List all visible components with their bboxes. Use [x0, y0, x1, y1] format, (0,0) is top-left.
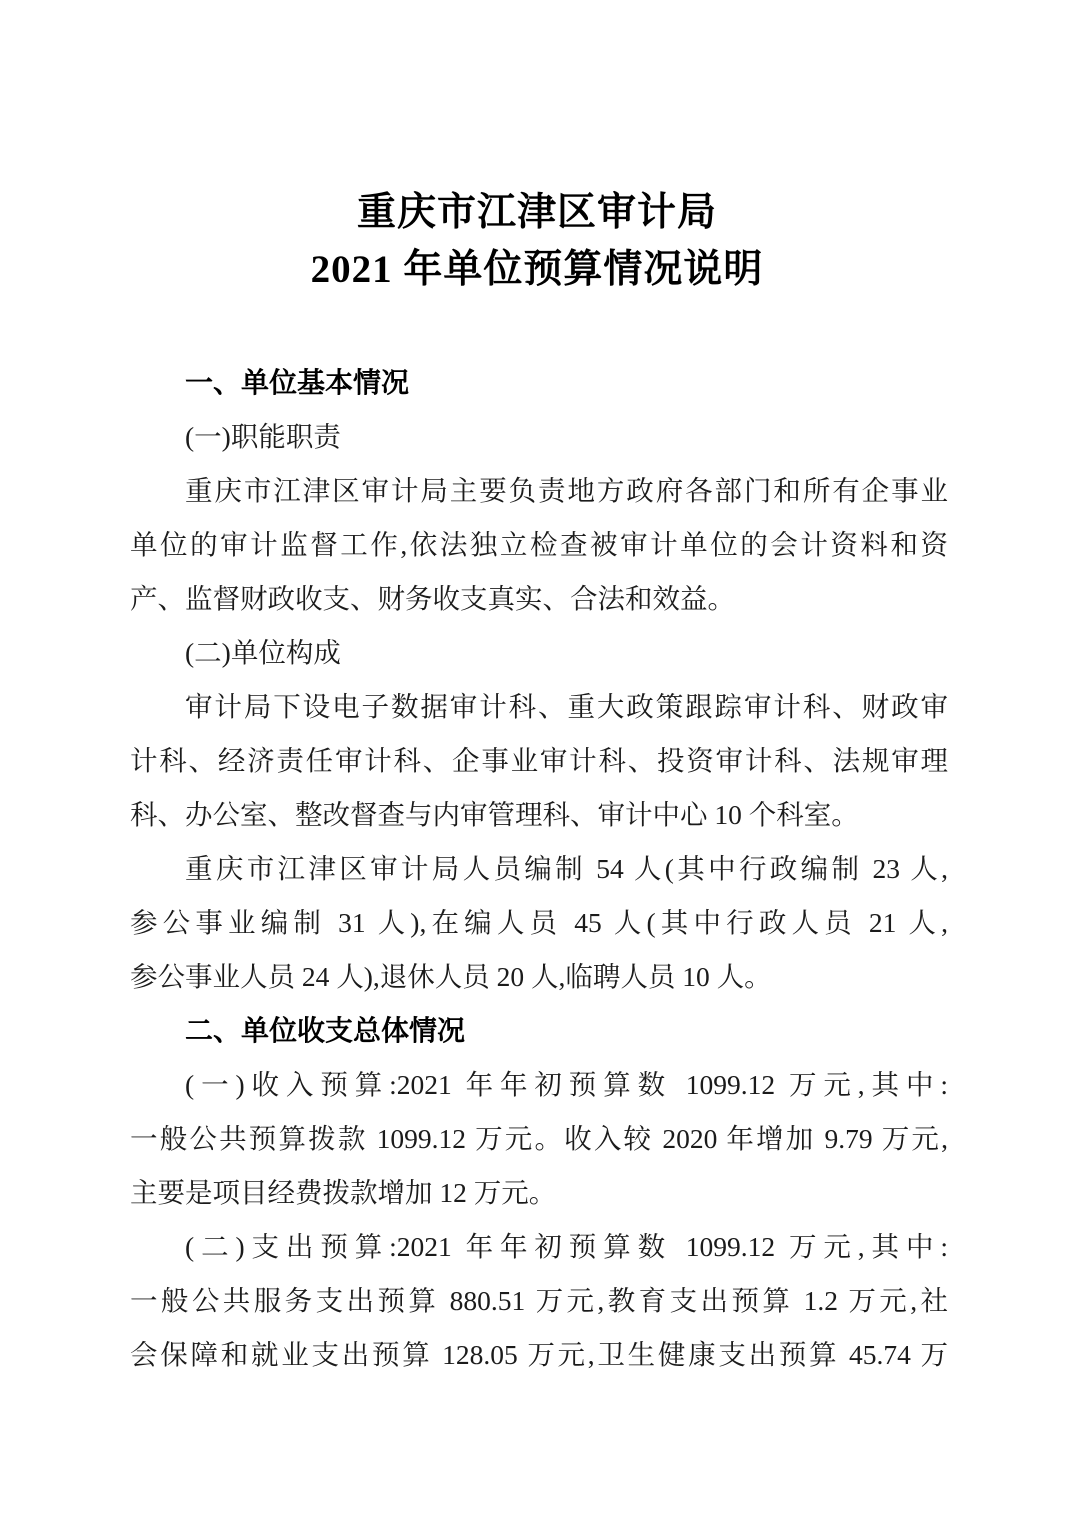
- heading-section-2: 二、单位收支总体情况: [130, 1004, 948, 1058]
- para-expenditure-line-1: (二)支出预算:2021 年年初预算数 1099.12 万元,其中:: [130, 1220, 948, 1274]
- para-duties-line-3: 产、监督财政收支、财务收支真实、合法和效益。: [130, 572, 948, 626]
- document-title-line-1: 重庆市江津区审计局: [0, 184, 1074, 241]
- para-expenditure-line-3: 会保障和就业支出预算 128.05 万元,卫生健康支出预算 45.74 万: [130, 1328, 948, 1382]
- para-structure-line-1: 审计局下设电子数据审计科、重大政策跟踪审计科、财政审: [130, 680, 948, 734]
- para-income-line-1: (一)收入预算:2021 年年初预算数 1099.12 万元,其中:: [130, 1058, 948, 1112]
- para-duties-line-1: 重庆市江津区审计局主要负责地方政府各部门和所有企事业: [130, 464, 948, 518]
- para-staffing-line-2: 参公事业编制 31 人),在编人员 45 人(其中行政人员 21 人,: [130, 896, 948, 950]
- para-expenditure-line-2: 一般公共服务支出预算 880.51 万元,教育支出预算 1.2 万元,社: [130, 1274, 948, 1328]
- document-body: 一、单位基本情况 (一)职能职责 重庆市江津区审计局主要负责地方政府各部门和所有…: [130, 356, 948, 1382]
- document-page: 重庆市江津区审计局 2021 年单位预算情况说明 一、单位基本情况 (一)职能职…: [0, 0, 1074, 1520]
- document-title: 重庆市江津区审计局 2021 年单位预算情况说明: [0, 0, 1074, 298]
- para-staffing-line-1: 重庆市江津区审计局人员编制 54 人(其中行政编制 23 人,: [130, 842, 948, 896]
- para-duties-line-2: 单位的审计监督工作,依法独立检查被审计单位的会计资料和资: [130, 518, 948, 572]
- para-staffing-line-3: 参公事业人员 24 人),退休人员 20 人,临聘人员 10 人。: [130, 950, 948, 1004]
- para-structure-line-2: 计科、经济责任审计科、企事业审计科、投资审计科、法规审理: [130, 734, 948, 788]
- para-income-line-2: 一般公共预算拨款 1099.12 万元。收入较 2020 年增加 9.79 万元…: [130, 1112, 948, 1166]
- document-title-line-2: 2021 年单位预算情况说明: [0, 241, 1074, 298]
- para-structure-line-3: 科、办公室、整改督查与内审管理科、审计中心 10 个科室。: [130, 788, 948, 842]
- subheading-1-2: (二)单位构成: [130, 626, 948, 680]
- heading-section-1: 一、单位基本情况: [130, 356, 948, 410]
- para-income-line-3: 主要是项目经费拨款增加 12 万元。: [130, 1166, 948, 1220]
- subheading-1-1: (一)职能职责: [130, 410, 948, 464]
